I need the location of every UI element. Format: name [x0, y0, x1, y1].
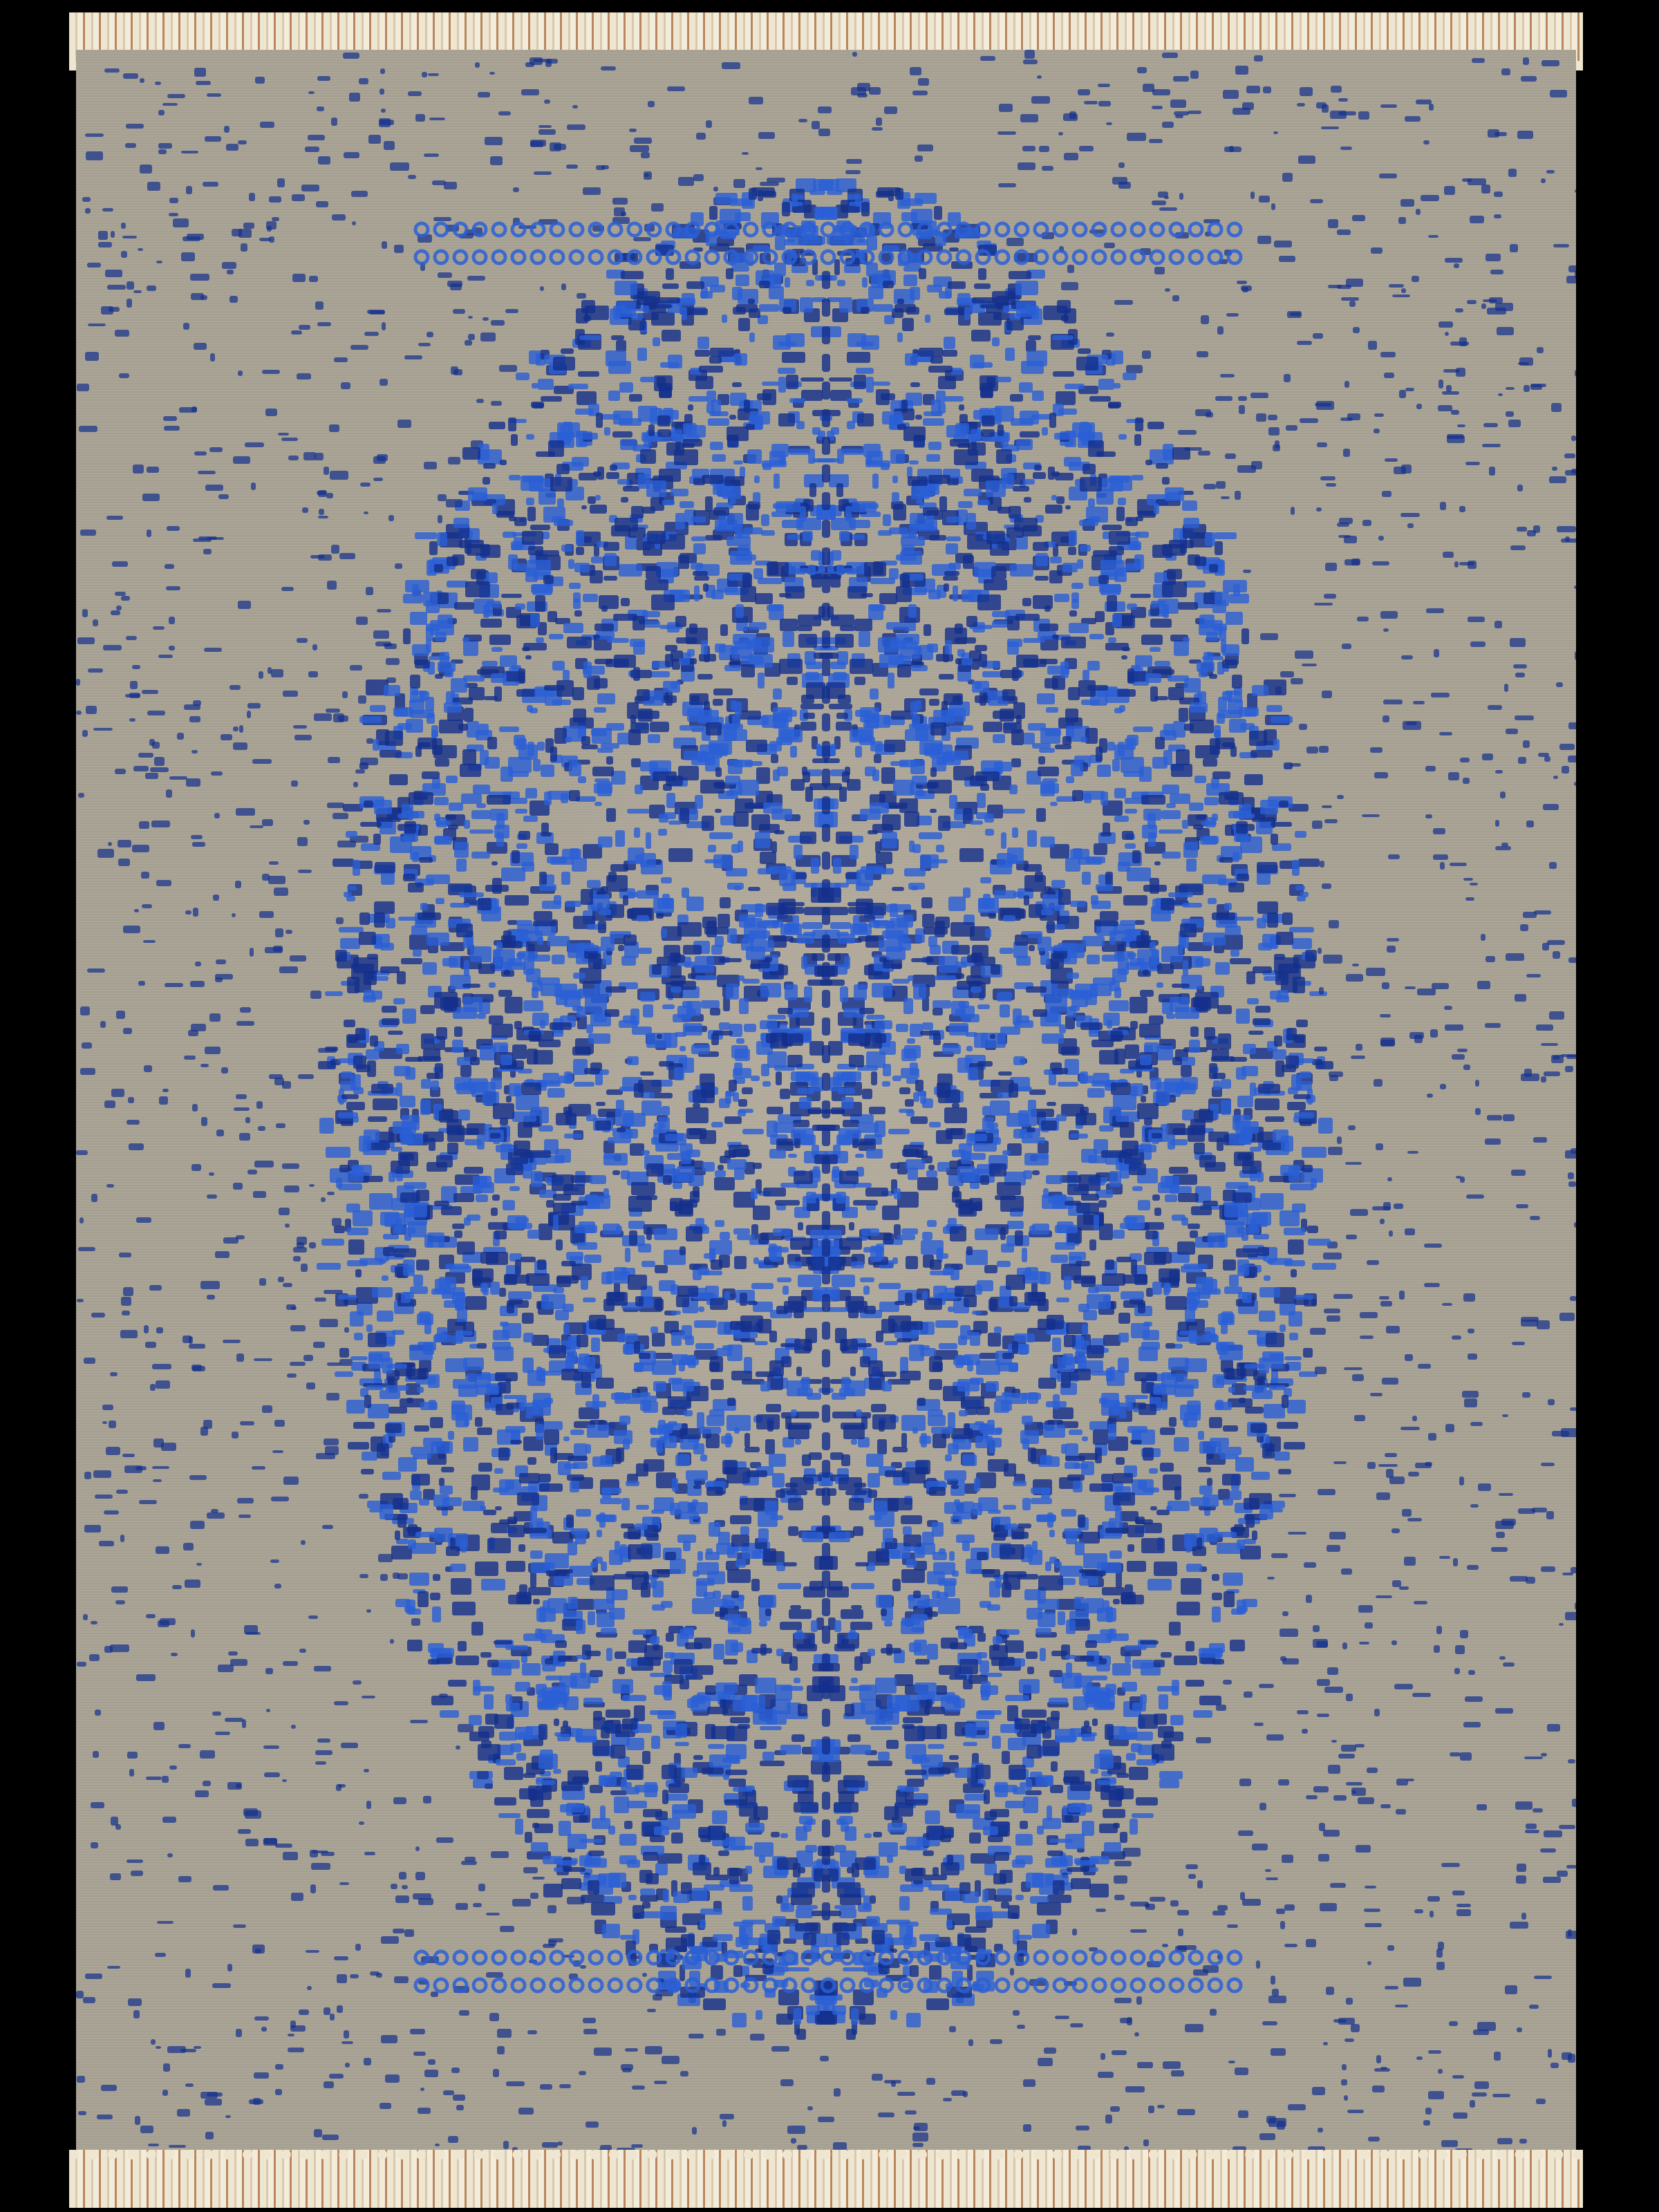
bottom-fringe	[69, 2150, 1583, 2208]
rug	[76, 50, 1576, 2158]
rug-pattern	[76, 50, 1576, 2158]
